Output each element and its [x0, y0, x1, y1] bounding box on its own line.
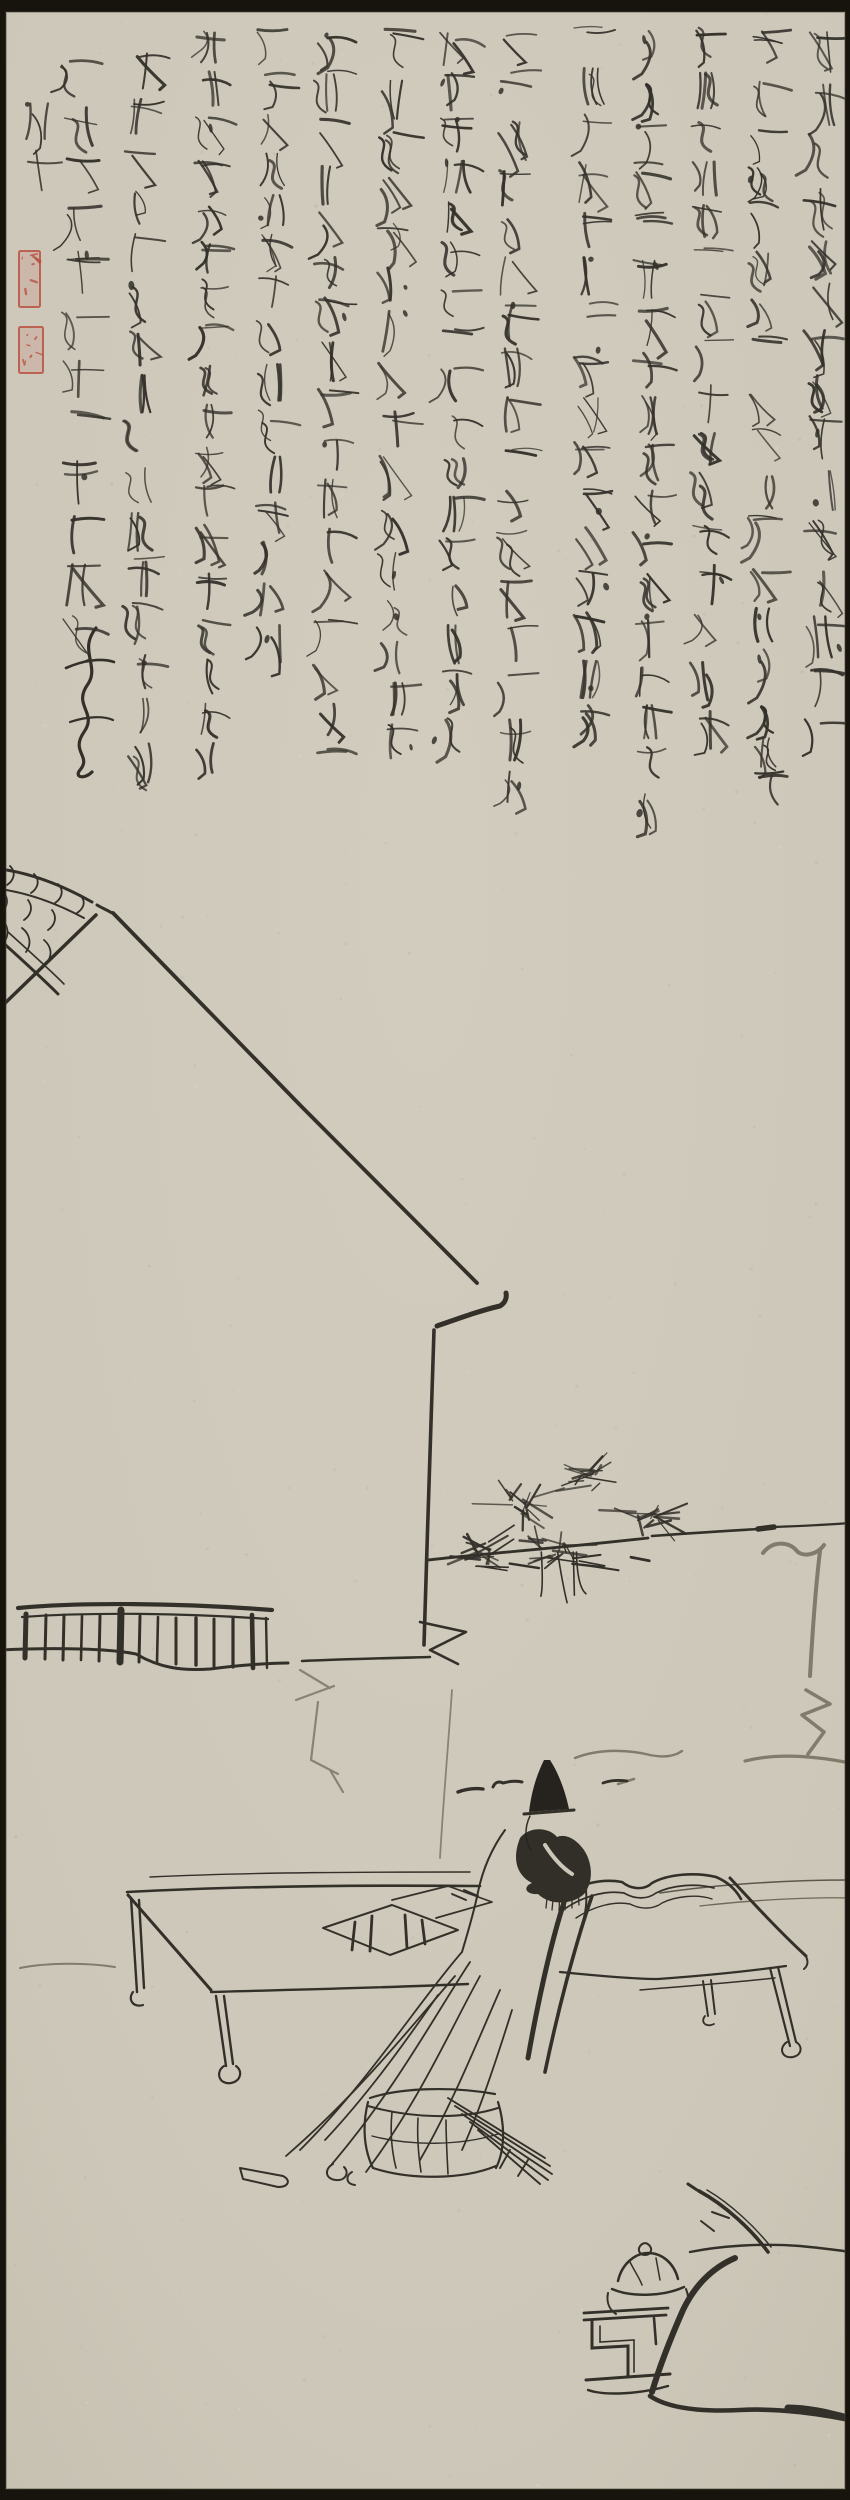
paper-background — [0, 0, 850, 2500]
red-seal: upper red seal — [19, 251, 40, 307]
frame-bottom — [0, 2489, 850, 2500]
red-seal: lower red seal — [19, 327, 43, 373]
artwork-canvas: 朱 右山回精氣內蘊神情外含備真之道日神者昌是樞所需有三其一曰防外感游玩載籍騁覽山… — [0, 0, 850, 2500]
frame-top — [0, 0, 850, 12]
scroll-artwork: 朱 右山回精氣內蘊神情外含備真之道日神者昌是樞所需有三其一曰防外感游玩載籍騁覽山… — [0, 0, 850, 2500]
